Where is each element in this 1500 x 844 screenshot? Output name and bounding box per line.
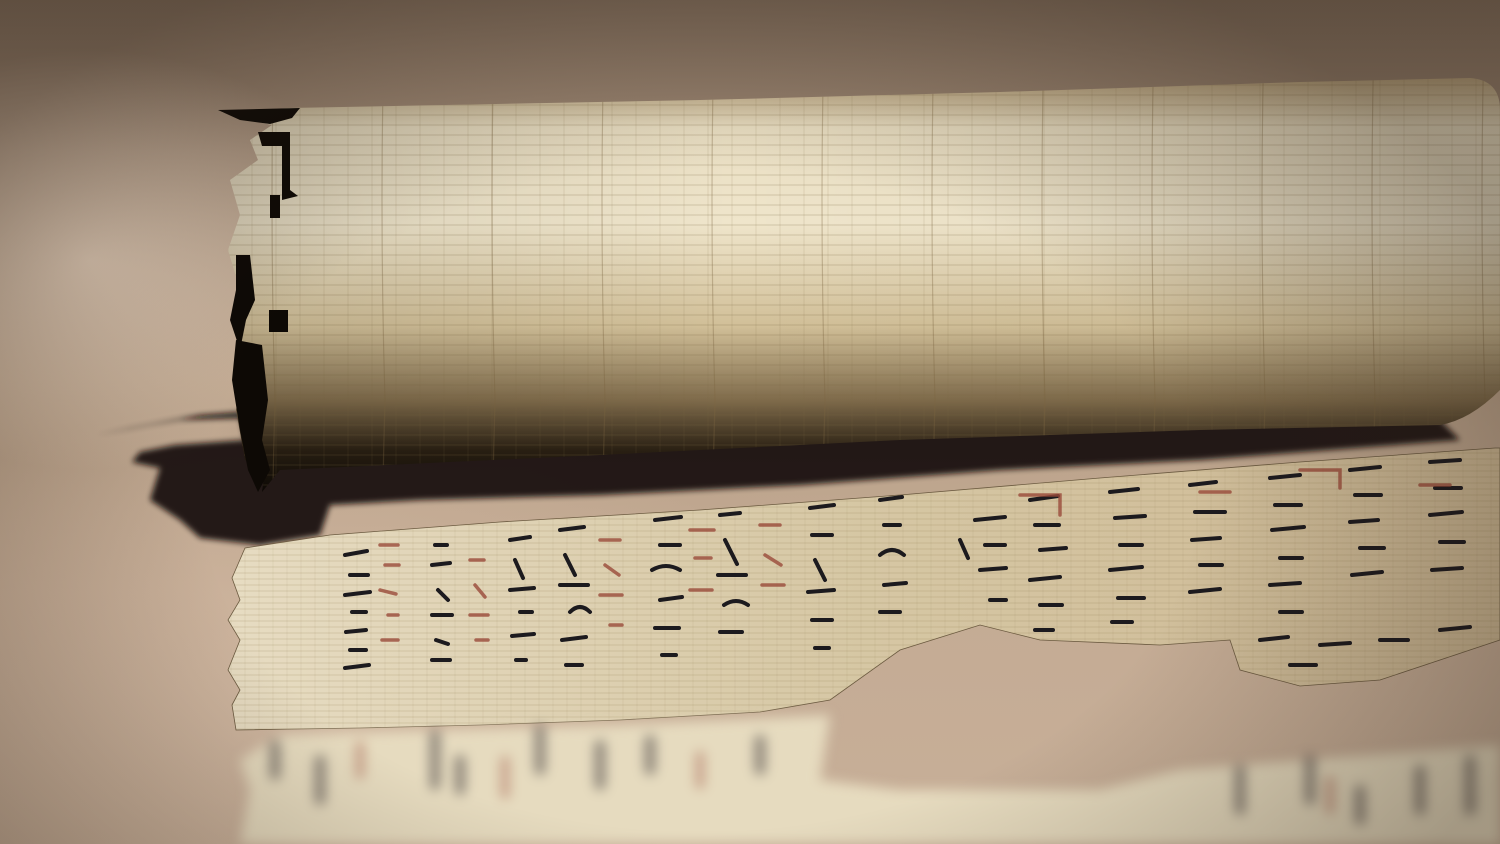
- table-surface-background: [0, 0, 1500, 844]
- vignette-overlay: [0, 0, 1500, 844]
